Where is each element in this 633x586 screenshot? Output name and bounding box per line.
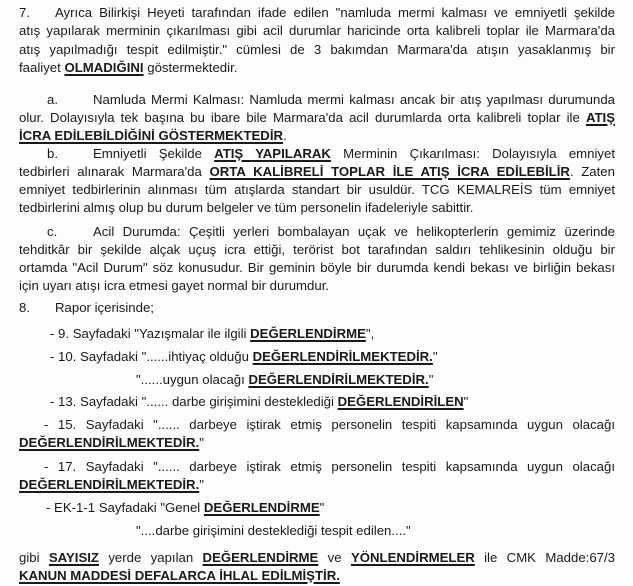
list-item: - 9. Sayfadaki "Yazışmalar ile ilgili DE… [50, 325, 633, 343]
para7a-line2: olur. Dolayısıyla tek başına bu ibare bi… [19, 109, 615, 127]
para7c-line1: c.Acil Durumda: Çeşitli yerleri bombalay… [19, 223, 615, 241]
para7c-line3: ortamda "Acil Durum" söz konusudur. Bir … [19, 259, 615, 277]
para7-line4: faaliyet OLMADIĞINI göstermektedir. [19, 59, 615, 77]
list-item: - EK-1-1 Sayfadaki "Genel DEĞERLENDİRME" [46, 499, 633, 517]
list-item: - 17. Sayfadaki "...... darbeye iştirak … [44, 458, 615, 476]
para7-line3: atış yapılmadığı tespit edilmiştir." cüm… [19, 41, 615, 59]
para7b-line4: tedbirlerini almış olup bu durum belgele… [19, 199, 615, 217]
para8-title: 8.Rapor içerisinde; [19, 299, 615, 317]
conclusion-line1: gibi SAYISIZ yerde yapılan DEĞERLENDİRME… [19, 549, 615, 567]
document-page: 7.Ayrıca Bilirkişi Heyeti tarafından ifa… [0, 0, 633, 586]
list-item: - 15. Sayfadaki "...... darbeye iştirak … [44, 416, 615, 434]
para7c-letter: c. [47, 223, 93, 241]
para7-line2: atış yapılarak merminin çıkarılması gibi… [19, 22, 615, 40]
conclusion-line2: KANUN MADDESİ DEFALARCA İHLAL EDİLMİŞTİR… [19, 567, 615, 585]
para7-number: 7. [19, 4, 55, 22]
para7b-line2: tedbirleri alınarak Marmara'da ORTA KALİ… [19, 163, 615, 181]
list-item: "......uygun olacağı DEĞERLENDİRİLMEKTED… [136, 371, 633, 389]
para7a-line3: İCRA EDİLEBİLDİĞİNİ GÖSTERMEKTEDİR. [19, 127, 615, 145]
para7c-line4: için uyarı atışı icra etmesi gayet norma… [19, 277, 615, 295]
para7b-letter: b. [47, 145, 93, 163]
list-item-continuation: DEĞERLENDİRİLMEKTEDİR." [19, 476, 615, 494]
list-item: "....darbe girişimini desteklediği tespi… [136, 522, 633, 540]
para7a-letter: a. [47, 91, 93, 109]
para7-line1: 7.Ayrıca Bilirkişi Heyeti tarafından ifa… [19, 4, 615, 22]
para7a-line1: a.Namluda Mermi Kalması: Namluda mermi k… [19, 91, 615, 109]
list-item: - 10. Sayfadaki "......ihtiyaç olduğu DE… [50, 348, 633, 366]
list-item: - 13. Sayfadaki "...... darbe girişimini… [50, 393, 633, 411]
emphasis-olmadigini: OLMADIĞINI [64, 60, 143, 75]
list-item-continuation: DEĞERLENDİRİLMEKTEDİR." [19, 434, 615, 452]
para7b-line1: b.Emniyetli Şekilde ATIŞ YAPILARAK Mermi… [19, 145, 615, 163]
para7b-line3: emniyet tedbirlerinin alınması tüm atışl… [19, 181, 615, 199]
para7c-line2: tehditkâr bir şekilde alçak uçuş icra et… [19, 241, 615, 259]
